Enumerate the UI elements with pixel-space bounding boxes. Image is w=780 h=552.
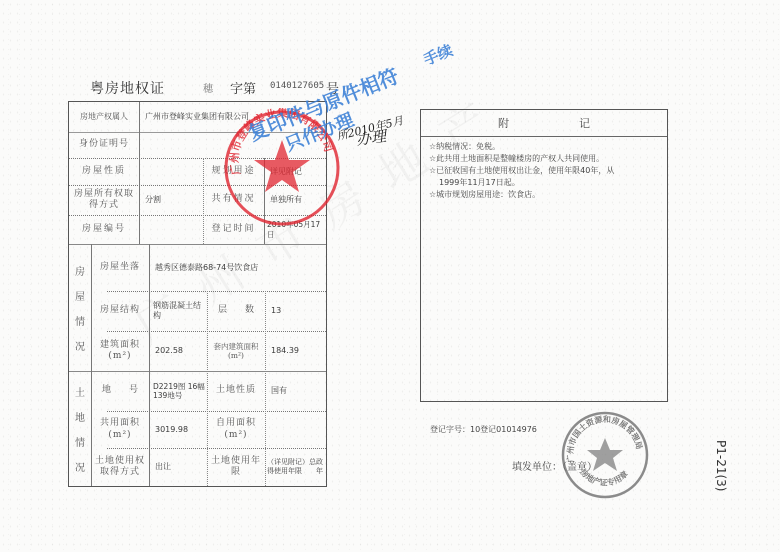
title-zi: 字第 <box>230 78 256 97</box>
annex-line: ☆纳税情况：免税。 <box>429 141 667 153</box>
annex-line: ☆已征收国有土地使用权出让金，使用年限40年，从 <box>429 165 667 177</box>
inner-area-value: 184.39 <box>265 331 326 371</box>
annex-line: ☆此共用土地面积是整幢楼房的产权人共同使用。 <box>429 153 667 165</box>
location-label: 房屋坐落 <box>91 244 149 291</box>
structure-label: 房屋结构 <box>91 291 149 331</box>
property-table: 房地产权属人 广州市登峰实业集团有限公司 身份证明号 房屋性质 规划用途 详见附… <box>68 101 327 487</box>
acquire-label: 房屋所有权取得方式 <box>73 185 135 215</box>
build-area-value: 202.58 <box>149 331 207 371</box>
acquire-value: 分割 <box>139 185 203 215</box>
house-no-label: 房屋编号 <box>69 215 139 244</box>
lot-label: 地 号 <box>91 371 149 411</box>
land-acquire-label: 土地使用权取得方式 <box>93 448 147 486</box>
shared-area-label: 共用面积(m²) <box>93 411 147 448</box>
reg-time-value: 2010年05月17日 <box>264 215 326 244</box>
location-value: 越秀区德泰路68-74号饮食店 <box>149 244 326 291</box>
land-section-label: 土 地 情 况 <box>69 371 91 486</box>
shared-value: 单独所有 <box>264 185 326 215</box>
house-section-label: 房 屋 情 况 <box>69 244 91 371</box>
handwritten-signature: 办理 <box>355 125 388 150</box>
land-term-label: 土地使用年限 <box>209 448 263 486</box>
lot-value: D2219图 16幅 139地号 <box>149 371 207 411</box>
title-main: 粤房地权证 <box>90 78 165 98</box>
own-area-label: 自用面积(m²) <box>209 411 263 448</box>
shared-area-value: 3019.98 <box>149 411 207 448</box>
certificate-number: 0140127605 <box>270 81 324 91</box>
id-value <box>139 132 326 158</box>
annex-notes: ☆纳税情况：免税。 ☆此共用土地面积是整幢楼房的产权人共同使用。 ☆已征收国有土… <box>421 137 667 201</box>
floors-value: 13 <box>265 291 326 331</box>
owner-label: 房地产权属人 <box>69 102 139 132</box>
annex-line: ☆城市规划房屋用途：饮食店。 <box>429 189 667 201</box>
blue-stamp-line3: 手续 <box>420 39 456 70</box>
title-hao: 号 <box>326 78 339 97</box>
own-area-value <box>265 411 326 448</box>
annex-line: 1999年11月17日起。 <box>429 177 667 189</box>
registration-number: 登记字号：10登记01014976 <box>430 424 537 435</box>
nature-value <box>139 158 203 185</box>
annex-box: 附 记 ☆纳税情况：免税。 ☆此共用土地面积是整幢楼房的产权人共同使用。 ☆已征… <box>420 109 668 402</box>
page-note: P1-21(3) <box>714 440 728 491</box>
planned-use-value: 详见附记 <box>264 158 326 185</box>
title-district: 穗 <box>203 80 213 95</box>
nature-label: 房屋性质 <box>69 158 139 185</box>
land-term-value: （详见附记）总政得使用年限 年 <box>265 448 326 486</box>
land-acquire-value: 出让 <box>149 448 207 486</box>
svg-text:广州市国土资源和房屋管理局: 广州市国土资源和房屋管理局 <box>565 414 644 463</box>
build-area-label: 建筑面积(m²) <box>93 331 147 371</box>
issuer-label: 填发单位：（盖章） <box>512 458 597 473</box>
owner-value: 广州市登峰实业集团有限公司 <box>139 102 326 132</box>
land-nature-value: 国有 <box>265 371 326 411</box>
annex-head-right: 记 <box>579 115 590 131</box>
structure-value: 钢筋混凝土结构 <box>149 291 207 331</box>
gray-registry-seal: 广州市国土资源和房屋管理局 房地产证专用章 <box>560 410 650 500</box>
planned-use-label: 规划用途 <box>203 158 264 185</box>
house-no-value <box>139 215 203 244</box>
inner-area-label: 套内建筑面积(m²) <box>209 331 263 371</box>
reg-time-label: 登记时间 <box>203 215 264 244</box>
handwritten-note: 所2010年5月 <box>335 112 405 144</box>
annex-head-left: 附 <box>498 115 509 131</box>
shared-label: 共有情况 <box>203 185 264 215</box>
id-label: 身份证明号 <box>69 132 139 158</box>
land-nature-label: 土地性质 <box>207 371 265 411</box>
floors-label: 层 数 <box>207 291 265 331</box>
annex-header: 附 记 <box>421 110 667 137</box>
